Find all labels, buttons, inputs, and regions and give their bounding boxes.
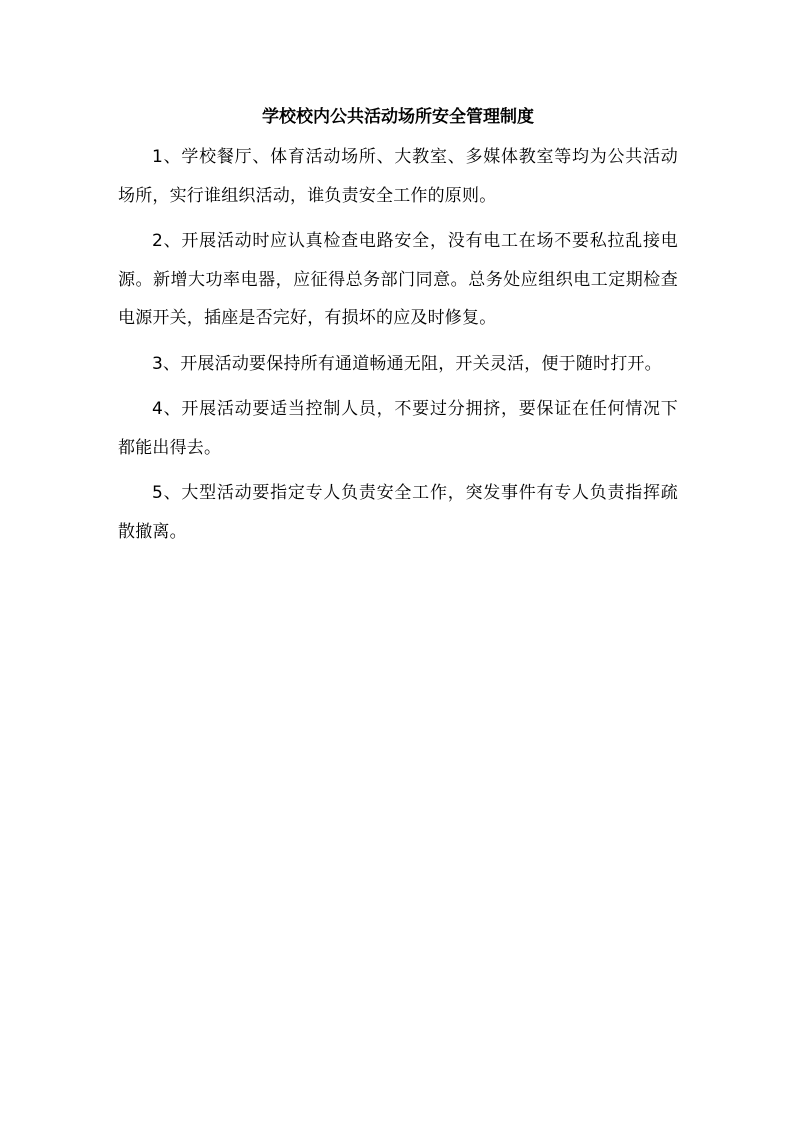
document-page: 学校校内公共活动场所安全管理制度 1、学校餐厅、体育活动场所、大教室、多媒体教室… — [118, 100, 678, 558]
paragraph-5: 5、大型活动要指定专人负责安全工作，突发事件有专人负责指挥疏散撤离。 — [118, 474, 678, 551]
paragraph-2: 2、开展活动时应认真检查电路安全，没有电工在场不要私拉乱接电源。新增大功率电器，… — [118, 222, 678, 338]
paragraph-1: 1、学校餐厅、体育活动场所、大教室、多媒体教室等均为公共活动场所，实行谁组织活动… — [118, 138, 678, 215]
paragraph-4: 4、开展活动要适当控制人员，不要过分拥挤，要保证在任何情况下都能出得去。 — [118, 390, 678, 467]
document-title: 学校校内公共活动场所安全管理制度 — [118, 100, 678, 134]
paragraph-3: 3、开展活动要保持所有通道畅通无阻，开关灵活，便于随时打开。 — [118, 345, 678, 384]
